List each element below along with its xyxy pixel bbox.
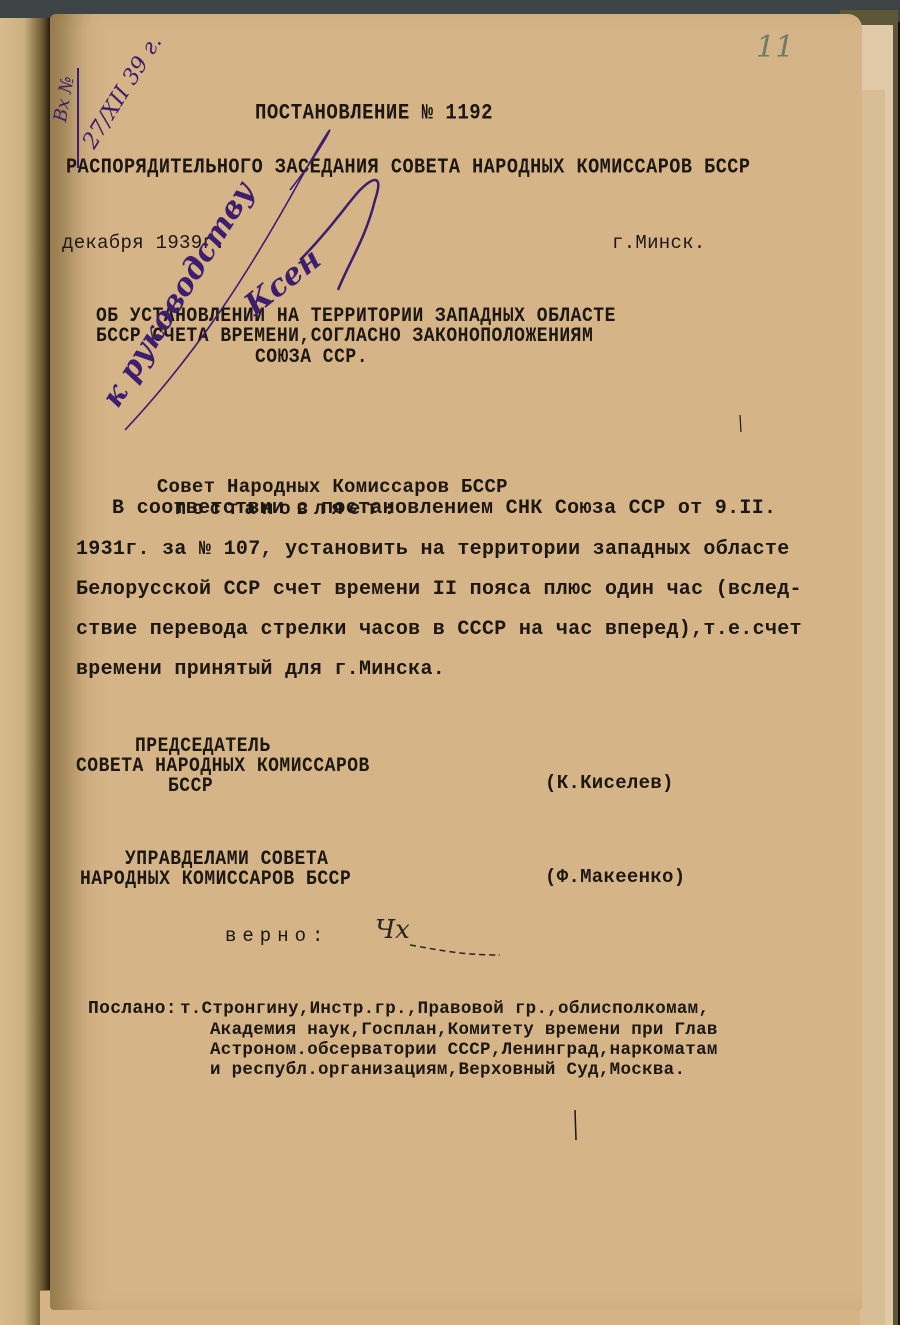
archival-document-scan: 11 Вх № 27/XII 39 г. ПОСТАНОВЛЕНИЕ № 119… — [0, 0, 900, 1325]
bottom-tick-mark — [0, 0, 900, 1325]
